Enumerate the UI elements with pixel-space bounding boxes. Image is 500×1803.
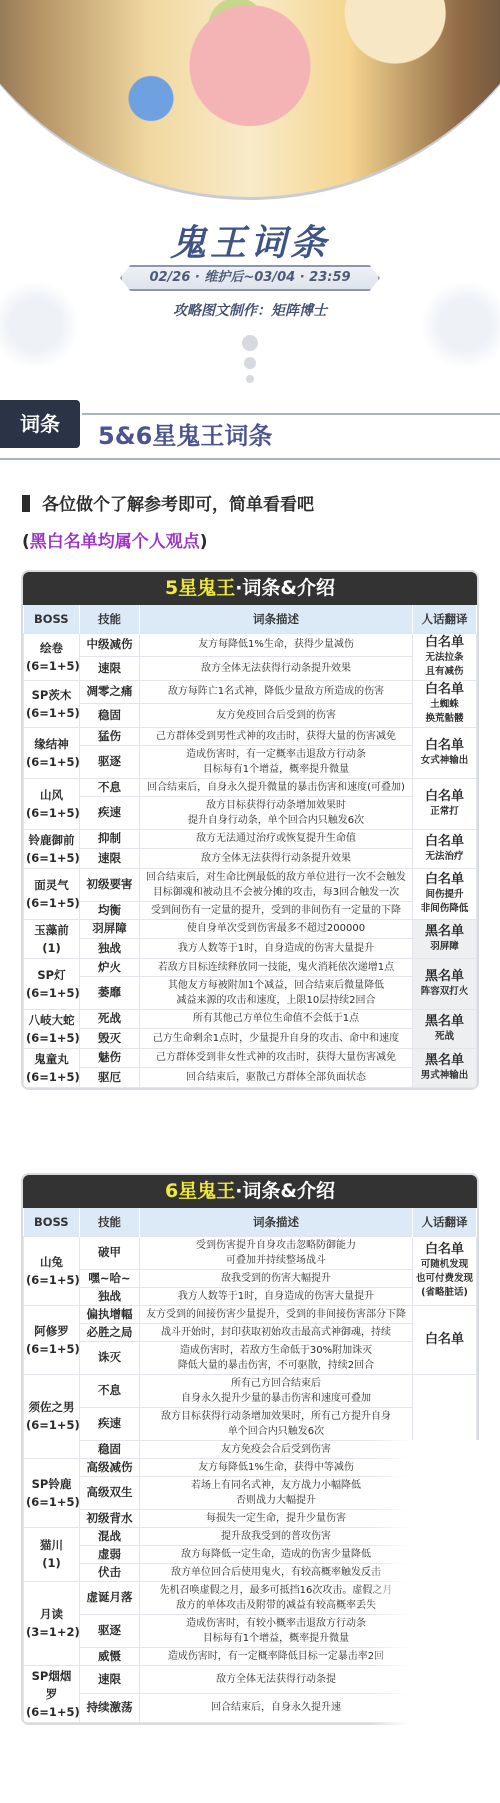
skill-description: 敌方目标获得行动条增加效果时 提升自身行动条，单个回合内只触发6次	[140, 796, 413, 829]
table-row: 八岐大蛇(6=1+5)死战所有其他己方单位生命值不会低于1点黑名单死战	[24, 1009, 477, 1029]
boss-count: (6=1+5)	[26, 1340, 77, 1358]
skill-name: 魅伤	[80, 1048, 140, 1068]
skill-name: 破甲	[80, 1236, 140, 1269]
boss-count: (6=1+5)	[26, 984, 77, 1002]
verdict-label: 白名单	[415, 834, 474, 850]
skill-name: 不息	[80, 778, 140, 796]
col-boss: BOSS	[24, 605, 80, 633]
bullet-bar-icon	[22, 495, 30, 512]
boss-name-text: 山风	[26, 786, 77, 804]
boss-count: (6=1+5)	[26, 657, 77, 675]
table-row: 缘结神(6=1+5)猛伤己方群体受到男性式神的攻击时，获得大量的伤害减免白名单女…	[24, 727, 477, 745]
table-row: 毁灭己方生命剩余1点时，少量提升自身的攻击、命中和速度	[24, 1029, 477, 1049]
skill-description: 敌方每阵亡1名式神，降低少量敌方所造成的伤害	[140, 680, 413, 704]
skill-description: 战斗开始时，封印获取初始攻击最高式神御魂，持续	[140, 1323, 413, 1341]
skill-description: 造成伤害时，若敌方生命低于30%附加诛灭 降低大量的暴击伤害，不可驱散，持续2回…	[140, 1341, 413, 1374]
verdict-cell: 白名单土蜘蛛 换荒骷髅	[413, 680, 477, 727]
verdict-cell: 黑名单男式神输出	[413, 1048, 477, 1087]
skill-name: 高级减伤	[80, 1458, 140, 1476]
verdict-label: 白名单	[415, 738, 474, 754]
skill-name: 速限	[80, 849, 140, 869]
banner-illustration	[0, 0, 500, 200]
table-title: 6星鬼王·词条&介绍	[23, 1175, 477, 1208]
verdict-note: 正常打	[415, 805, 474, 819]
boss-name-text: SP灯	[26, 966, 77, 984]
table-row: 疾速敌方目标获得行动条增加效果时，所有己方提升自身 单个回合内只触发6次	[24, 1407, 477, 1440]
table-title: 5星鬼王·词条&介绍	[23, 572, 477, 605]
boss-name-text: 铃鹿御前	[26, 831, 77, 849]
boss-name: 山风(6=1+5)	[24, 778, 80, 829]
skill-description: 回合结束后，自身永久提升微量的暴击伤害和速度(可叠加)	[140, 778, 413, 796]
table-row: 诛灭造成伤害时，若敌方生命低于30%附加诛灭 降低大量的暴击伤害，不可驱散，持续…	[24, 1341, 477, 1374]
skill-name: 中级减伤	[80, 633, 140, 657]
boss-name: SP茨木(6=1+5)	[24, 680, 80, 727]
skill-description: 我方人数等于1时，自身造成的伤害大量提升	[140, 1287, 413, 1305]
verdict-cell: 白名单可随机发现 也可付费发现 (省略脏话)	[413, 1236, 477, 1305]
verdict-cell: 黑名单死战	[413, 1009, 477, 1048]
boss-name-text: 缘结神	[26, 735, 77, 753]
boss-name: 鬼童丸(6=1+5)	[24, 1048, 80, 1087]
table-row: 独战我方人数等于1时，自身造成的伤害大量提升	[24, 1287, 477, 1305]
verdict-cell: 白名单无法拉条 且有减伤	[413, 633, 477, 680]
star-label: 6星鬼王	[165, 1180, 235, 1202]
boss-count: (6=1+5)	[26, 1271, 77, 1289]
table-row: 疾速敌方目标获得行动条增加效果时 提升自身行动条，单个回合内只触发6次	[24, 796, 477, 829]
boss-name: 山兔(6=1+5)	[24, 1236, 80, 1305]
flower-watermark-icon	[0, 280, 80, 370]
verdict-cell: 黑名单阵容双打火	[413, 958, 477, 1009]
skill-name: 持续激荡	[80, 1694, 140, 1723]
skill-name: 均衡	[80, 901, 140, 919]
skill-name: 诛灭	[80, 1341, 140, 1374]
section-title: 5&6星鬼王词条	[98, 416, 272, 451]
skill-name: 速限	[80, 1665, 140, 1694]
intro-text: 各位做个了解参考即可，简单看看吧	[42, 495, 314, 515]
skill-description: 敌方全体无法获得行动条提升效果	[140, 657, 413, 681]
boss-count: (6=1+5)	[26, 1068, 77, 1086]
skill-name: 驱厄	[80, 1068, 140, 1088]
col-desc: 词条描述	[140, 605, 413, 633]
skill-description: 造成伤害时，有一定概率击退敌方行动条 目标每有1个增益，概率提升微量	[140, 745, 413, 778]
table-row: 独战我方人数等于1时，自身造成的伤害大量提升	[24, 939, 477, 959]
col-translation: 人话翻译	[413, 605, 477, 633]
title-rest: ·词条&介绍	[235, 577, 335, 599]
character-artwork	[0, 0, 500, 200]
skill-description: 己方群体受到非女性式神的攻击时，获得大量伤害减免	[140, 1048, 413, 1068]
boss-count: (1)	[26, 939, 77, 957]
table-row: 速限敌方全体无法获得行动条提升效果	[24, 849, 477, 869]
verdict-label: 黑名单	[415, 924, 474, 940]
five-star-boss-table: 5星鬼王·词条&介绍 BOSS 技能 词条描述 人话翻译 绘卷(6=1+5)中级…	[21, 570, 479, 1090]
verdict-label: 黑名单	[415, 1014, 474, 1030]
boss-name-text: 面灵气	[26, 876, 77, 894]
skill-name: 高级双生	[80, 1476, 140, 1509]
verdict-label: 白名单	[415, 635, 474, 651]
skill-description: 己方群体受到男性式神的攻击时，获得大量的伤害减免	[140, 727, 413, 745]
disclaimer-note: (黑白名单均属个人观点)	[22, 527, 208, 552]
table-row: 萎靡其他友方每被附加1个减益，回合结束后微量降低 减益来源的攻击和速度，上限10…	[24, 976, 477, 1009]
paren: (	[22, 532, 30, 552]
boss-name-text: 猫川	[26, 1536, 77, 1554]
verdict-cell: 白名单女式神输出	[413, 727, 477, 778]
skill-name: 初级要害	[80, 868, 140, 901]
table-row: 必胜之局战斗开始时，封印获取初始攻击最高式神御魂，持续	[24, 1323, 477, 1341]
skill-name: 速限	[80, 657, 140, 681]
boss-table: BOSS 技能 词条描述 人话翻译 绘卷(6=1+5)中级减伤友方每降低1%生命…	[23, 605, 477, 1088]
skill-description: 受到伤害提升自身攻击忽略防御能力 可叠加并持续整场战斗	[140, 1236, 413, 1269]
verdict-note: 羽屏障	[415, 940, 474, 954]
verdict-label: 白名单	[415, 872, 474, 888]
boss-name-text: 山兔	[26, 1253, 77, 1271]
date-range-badge: 02/26 · 维护后~03/04 · 23:59	[120, 265, 380, 291]
table-row: 驱逐造成伤害时，有一定概率击退敌方行动条 目标每有1个增益，概率提升微量	[24, 745, 477, 778]
skill-name: 猛伤	[80, 727, 140, 745]
skill-name: 驱逐	[80, 1614, 140, 1647]
verdict-note: 阵容双打火	[415, 985, 474, 999]
verdict-cell: 白名单无法治疗	[413, 829, 477, 868]
verdict-note: 女式神输出	[415, 754, 474, 768]
boss-count: (6=1+5)	[26, 1703, 77, 1721]
skill-name: 威慑	[80, 1647, 140, 1665]
skill-name: 疾速	[80, 1407, 140, 1440]
divider	[82, 413, 500, 415]
boss-name-text: SP茨木	[26, 686, 77, 704]
skill-description: 所有己方回合结束后 自身永久提升少量的暴击伤害和速度可叠加	[140, 1374, 413, 1407]
verdict-label: 白名单	[415, 1242, 474, 1258]
col-boss: BOSS	[24, 1208, 80, 1236]
skill-name: 不息	[80, 1374, 140, 1407]
verdict-cell: 白名单正常打	[413, 778, 477, 829]
skill-description: 受到间伤有一定量的提升，受到的非间伤有一定量的下降	[140, 901, 413, 919]
verdict-note: 可随机发现 也可付费发现 (省略脏话)	[415, 1258, 474, 1300]
verdict-label: 白名单	[415, 682, 474, 698]
verdict-label: 白名单	[415, 789, 474, 805]
skill-name: 毁灭	[80, 1029, 140, 1049]
verdict-note: 死战	[415, 1030, 474, 1044]
boss-name-text: 玉藻前	[26, 921, 77, 939]
skill-description: 若敌方目标连续释放同一技能，鬼火消耗依次递增1点	[140, 958, 413, 976]
table-row: 绘卷(6=1+5)中级减伤友方每降低1%生命，获得少量减伤白名单无法拉条 且有减…	[24, 633, 477, 657]
skill-description: 回合结束后，对生命比例最低的敌方单位进行一次不会触发 目标御魂和被动且不会被分摊…	[140, 868, 413, 901]
table-row: 山风(6=1+5)不息回合结束后，自身永久提升微量的暴击伤害和速度(可叠加)白名…	[24, 778, 477, 796]
boss-name-text: 绘卷	[26, 639, 77, 657]
dots-divider	[242, 335, 258, 389]
skill-name: 初级背水	[80, 1509, 140, 1527]
boss-name-text: 月读	[26, 1605, 77, 1623]
verdict-cell: 白名单间伤提升 非间伤降低	[413, 868, 477, 919]
verdict-note: 间伤提升 非间伤降低	[415, 888, 474, 916]
boss-name-text: SP铃鹿	[26, 1475, 77, 1493]
author-credit: 攻略图文制作：矩阵博士	[0, 300, 500, 320]
skill-description: 友方受到的间接伤害少量提升，受到的非间接伤害部分下降	[140, 1305, 413, 1323]
boss-name: 面灵气(6=1+5)	[24, 868, 80, 919]
skill-name: 凋零之痛	[80, 680, 140, 704]
boss-name-text: 阿修罗	[26, 1322, 77, 1340]
skill-name: 稳固	[80, 1440, 140, 1458]
skill-name: 死战	[80, 1009, 140, 1029]
skill-name: 嘿~哈~	[80, 1269, 140, 1287]
table-row: SP灯(6=1+5)炉火若敌方目标连续释放同一技能，鬼火消耗依次递增1点黑名单阵…	[24, 958, 477, 976]
skill-description: 敌我受到的伤害大幅提升	[140, 1269, 413, 1287]
boss-count: (3=1+2)	[26, 1623, 77, 1641]
verdict-label: 黑名单	[415, 1053, 474, 1069]
boss-name-text: 鬼童丸	[26, 1050, 77, 1068]
table-row: 阿修罗(6=1+5)偏执增幅友方受到的间接伤害少量提升，受到的非间接伤害部分下降…	[24, 1305, 477, 1323]
verdict-note: 土蜘蛛 换荒骷髅	[415, 698, 474, 726]
star-label: 5星鬼王	[165, 577, 235, 599]
paren: )	[200, 532, 208, 552]
col-translation: 人话翻译	[413, 1208, 477, 1236]
skill-name: 混战	[80, 1527, 140, 1545]
skill-description: 所有其他己方单位生命值不会低于1点	[140, 1009, 413, 1029]
col-skill: 技能	[80, 605, 140, 633]
verdict-label: 黑名单	[415, 969, 474, 985]
skill-name: 稳固	[80, 704, 140, 728]
boss-count: (6=1+5)	[26, 1416, 77, 1434]
verdict-note: 无法拉条 且有减伤	[415, 651, 474, 679]
table-row: 速限敌方全体无法获得行动条提升效果	[24, 657, 477, 681]
table-row: 嘿~哈~敌我受到的伤害大幅提升	[24, 1269, 477, 1287]
skill-description: 敌方全体无法获得行动条提升效果	[140, 849, 413, 869]
boss-name: 八岐大蛇(6=1+5)	[24, 1009, 80, 1048]
table-row: 面灵气(6=1+5)初级要害回合结束后，对生命比例最低的敌方单位进行一次不会触发…	[24, 868, 477, 901]
boss-count: (6=1+5)	[26, 1029, 77, 1047]
skill-description: 敌方目标获得行动条增加效果时，所有己方提升自身 单个回合内只触发6次	[140, 1407, 413, 1440]
boss-name: 缘结神(6=1+5)	[24, 727, 80, 778]
skill-name: 虚诞月落	[80, 1581, 140, 1614]
skill-description: 使自身单次受到伤害最多不超过200000	[140, 919, 413, 939]
table-row: SP茨木(6=1+5)凋零之痛敌方每阵亡1名式神，降低少量敌方所造成的伤害白名单…	[24, 680, 477, 704]
verdict-cell: 黑名单羽屏障	[413, 919, 477, 958]
boss-name: SP铃鹿(6=1+5)	[24, 1458, 80, 1527]
skill-name: 疾速	[80, 796, 140, 829]
verdict-cell: 白名单	[413, 1305, 477, 1374]
boss-count: (6=1+5)	[26, 704, 77, 722]
table-row: 鬼童丸(6=1+5)魅伤己方群体受到非女性式神的攻击时，获得大量伤害减免黑名单男…	[24, 1048, 477, 1068]
verdict-label: 白名单	[415, 1332, 474, 1348]
skill-description: 友方免疫回合后受到的伤害	[140, 704, 413, 728]
table-row: 稳固友方免疫回合后受到的伤害	[24, 704, 477, 728]
boss-count: (6=1+5)	[26, 894, 77, 912]
boss-name-text: SP烟烟罗	[26, 1667, 77, 1703]
boss-count: (6=1+5)	[26, 753, 77, 771]
boss-name: SP烟烟罗(6=1+5)	[24, 1665, 80, 1722]
boss-name: 月读(3=1+2)	[24, 1581, 80, 1665]
skill-name: 独战	[80, 939, 140, 959]
verdict-note: 无法治疗	[415, 850, 474, 864]
boss-name-text: 八岐大蛇	[26, 1011, 77, 1029]
boss-name: SP灯(6=1+5)	[24, 958, 80, 1009]
table-row: 铃鹿御前(6=1+5)抑制敌方无法通过治疗或恢复提升生命值白名单无法治疗	[24, 829, 477, 849]
skill-description: 我方人数等于1时，自身造成的伤害大量提升	[140, 939, 413, 959]
divider	[0, 458, 500, 460]
skill-description: 其他友方每被附加1个减益，回合结束后微量降低 减益来源的攻击和速度，上限10层持…	[140, 976, 413, 1009]
skill-name: 虚弱	[80, 1545, 140, 1563]
skill-description: 友方每降低1%生命，获得少量减伤	[140, 633, 413, 657]
skill-description: 回合结束后，驱散己方群体全部负面状态	[140, 1068, 413, 1088]
skill-name: 伏击	[80, 1563, 140, 1581]
skill-name: 驱逐	[80, 745, 140, 778]
table-row: 须佐之男(6=1+5)不息所有己方回合结束后 自身永久提升少量的暴击伤害和速度可…	[24, 1374, 477, 1407]
boss-count: (6=1+5)	[26, 804, 77, 822]
title-rest: ·词条&介绍	[235, 1180, 335, 1202]
intro-note: 各位做个了解参考即可，简单看看吧	[22, 490, 314, 515]
section-header: 词条 5&6星鬼王词条	[0, 400, 500, 460]
skill-name: 羽屏障	[80, 919, 140, 939]
table-row: 山兔(6=1+5)破甲受到伤害提升自身攻击忽略防御能力 可叠加并持续整场战斗白名…	[24, 1236, 477, 1269]
boss-name: 猫川(1)	[24, 1527, 80, 1581]
fade-overlay	[370, 1440, 500, 1803]
skill-description: 敌方无法通过治疗或恢复提升生命值	[140, 829, 413, 849]
table-row: 驱厄回合结束后，驱散己方群体全部负面状态	[24, 1068, 477, 1088]
col-skill: 技能	[80, 1208, 140, 1236]
boss-name: 铃鹿御前(6=1+5)	[24, 829, 80, 868]
skill-name: 炉火	[80, 958, 140, 976]
boss-count: (6=1+5)	[26, 1493, 77, 1511]
verdict-note: 男式神输出	[415, 1069, 474, 1083]
page-title: 鬼王词条	[0, 215, 500, 266]
skill-name: 必胜之局	[80, 1323, 140, 1341]
boss-count: (6=1+5)	[26, 849, 77, 867]
boss-name: 阿修罗(6=1+5)	[24, 1305, 80, 1374]
disclaimer-text: 黑白名单均属个人观点	[30, 532, 200, 552]
section-tag: 词条	[0, 400, 80, 448]
col-desc: 词条描述	[140, 1208, 413, 1236]
table-row: 玉藻前(1)羽屏障使自身单次受到伤害最多不超过200000黑名单羽屏障	[24, 919, 477, 939]
boss-count: (1)	[26, 1554, 77, 1572]
skill-name: 独战	[80, 1287, 140, 1305]
boss-name: 须佐之男(6=1+5)	[24, 1374, 80, 1458]
boss-name: 绘卷(6=1+5)	[24, 633, 80, 680]
skill-name: 抑制	[80, 829, 140, 849]
skill-name: 偏执增幅	[80, 1305, 140, 1323]
flower-watermark-icon	[420, 280, 500, 370]
skill-description: 己方生命剩余1点时，少量提升自身的攻击、命中和速度	[140, 1029, 413, 1049]
boss-name: 玉藻前(1)	[24, 919, 80, 958]
skill-name: 萎靡	[80, 976, 140, 1009]
table-row: 均衡受到间伤有一定量的提升，受到的非间伤有一定量的下降	[24, 901, 477, 919]
boss-name-text: 须佐之男	[26, 1398, 77, 1416]
